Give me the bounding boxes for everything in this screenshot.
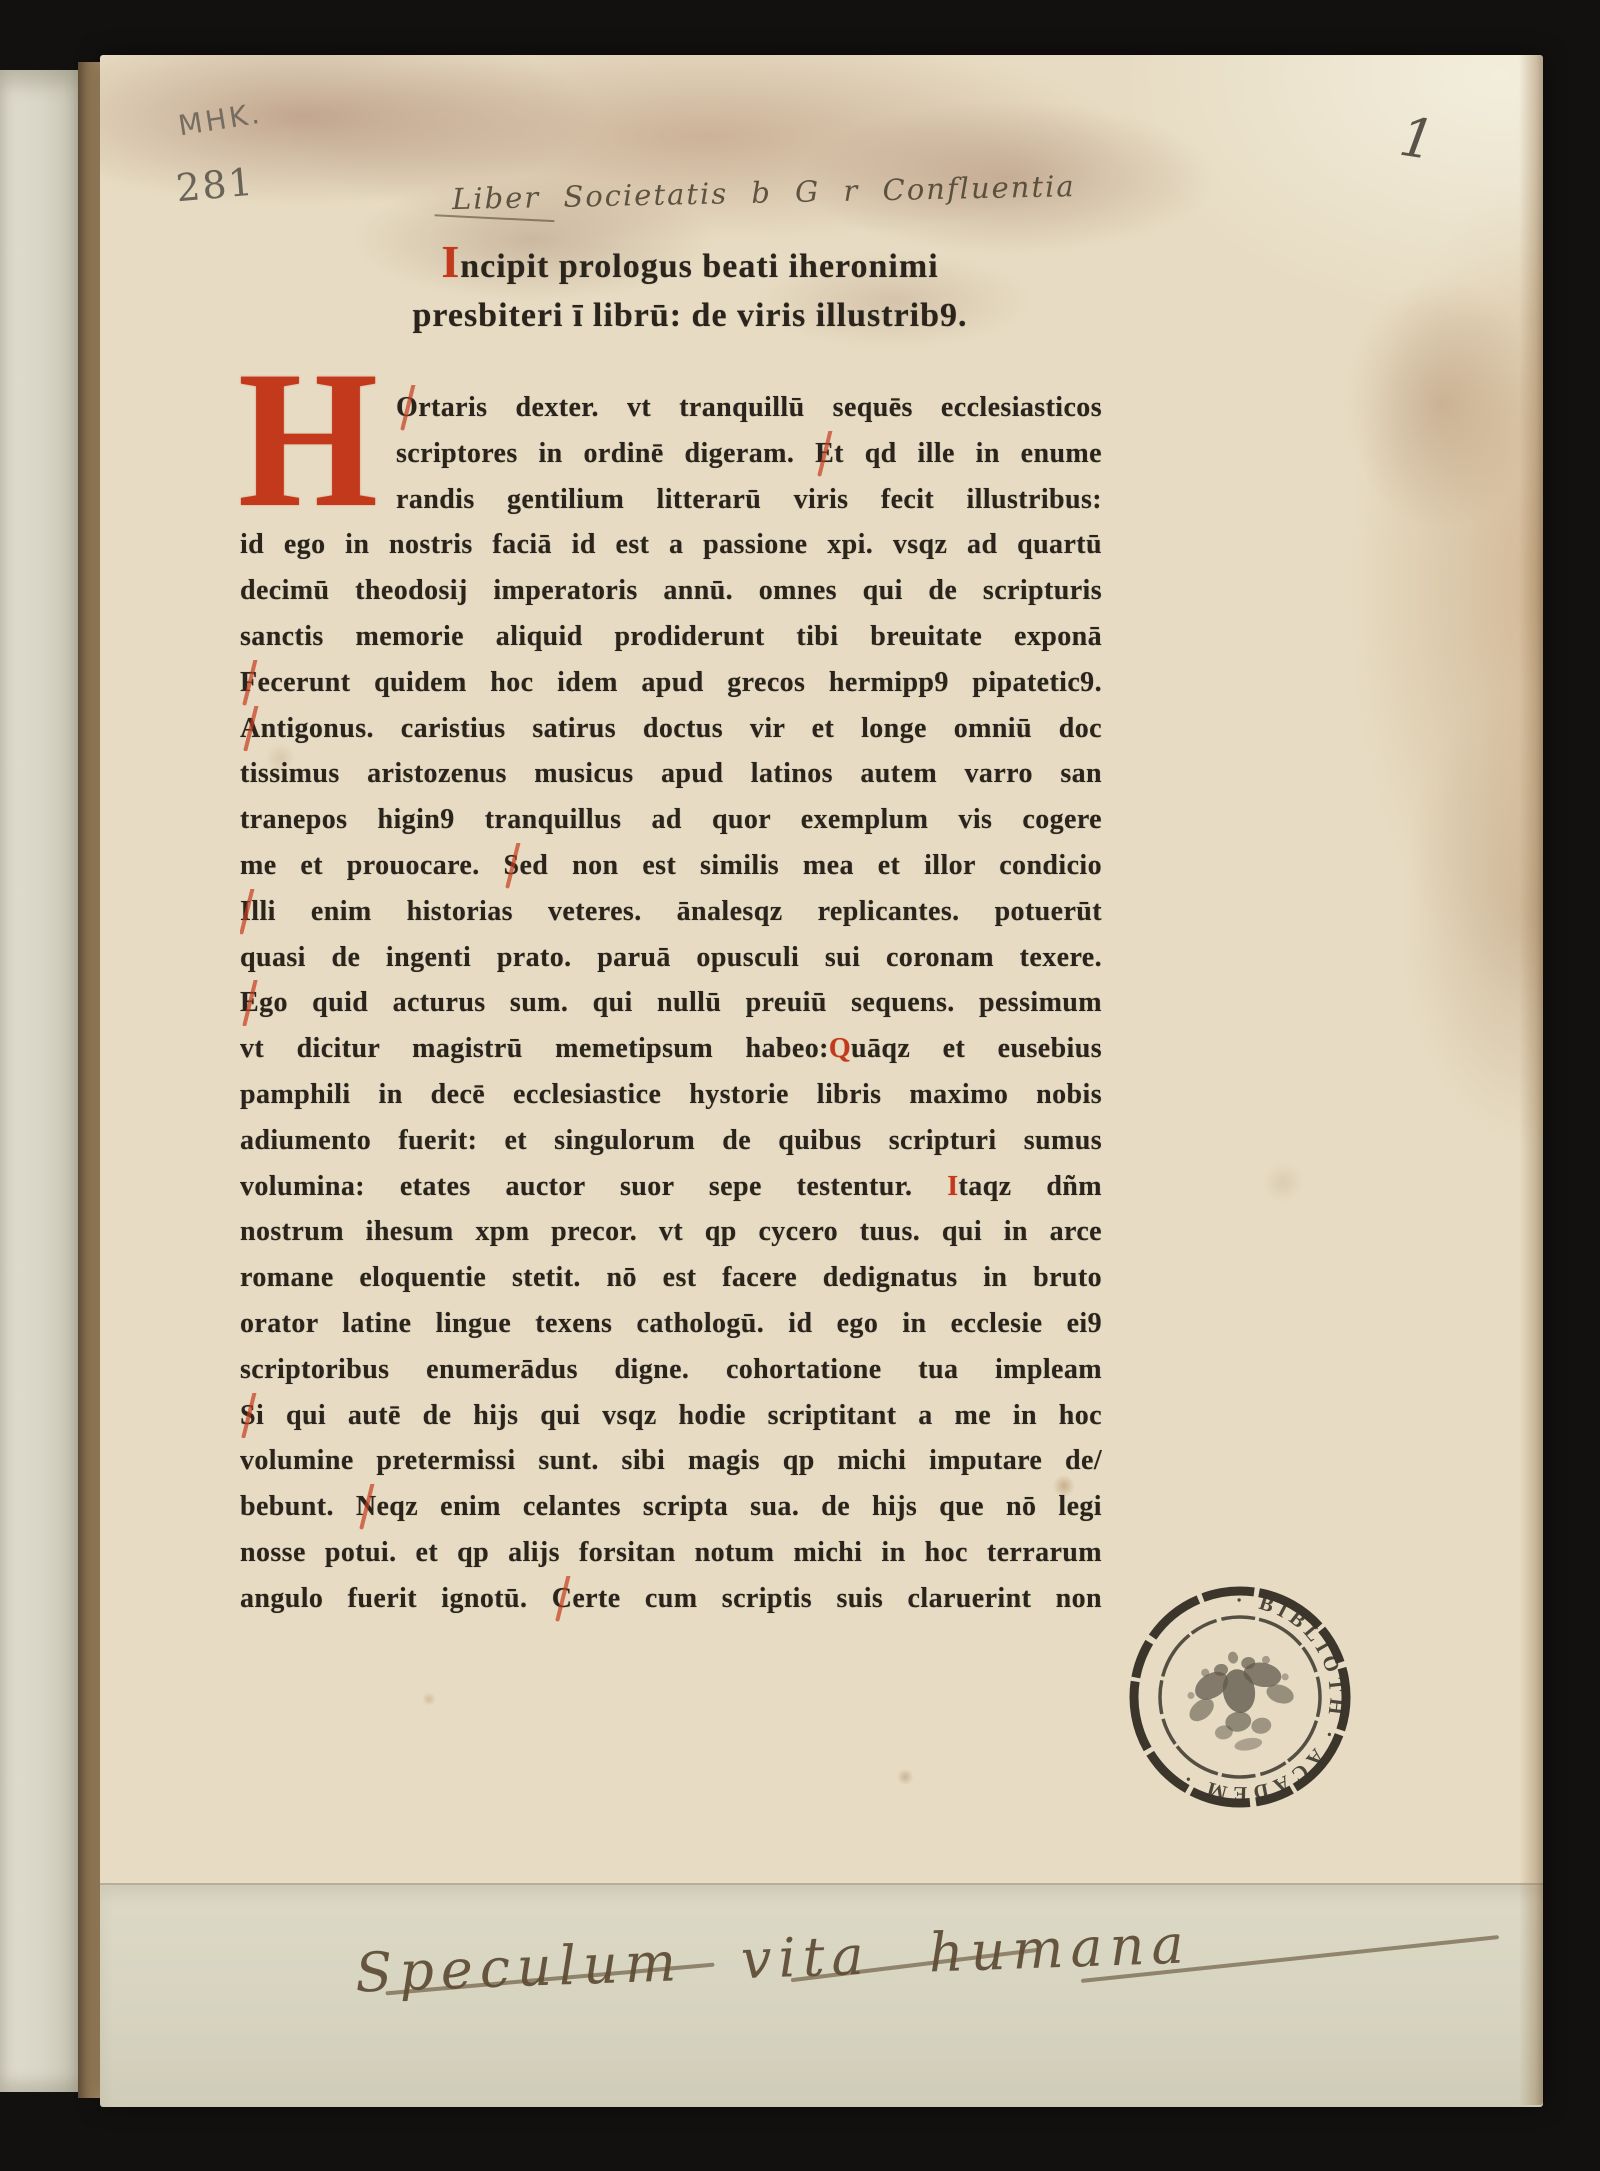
text-segment: rtaris dexter. vt tranquillū sequēs eccl… bbox=[418, 392, 1102, 423]
printed-heading: Incipit prologus beati iheronimi presbit… bbox=[290, 237, 1090, 340]
heading-line1-text: ncipit prologus beati iheronimi bbox=[460, 248, 938, 285]
rubricated-letter: I bbox=[947, 1171, 958, 1202]
heading-line1: Incipit prologus beati iheronimi bbox=[441, 248, 938, 285]
text-line: sanctis memorie aliquid prodiderunt tibi… bbox=[240, 614, 1102, 660]
folio-number: 1 bbox=[1395, 105, 1439, 173]
text-line: Ego quid acturus sum. qui nullū preuiū s… bbox=[240, 980, 1102, 1026]
text-line: tranepos higin9 tranquillus ad quor exem… bbox=[240, 797, 1102, 843]
text-line: scriptores in ordinē digeram. Et qd ille… bbox=[396, 431, 1102, 477]
text-line: Illi enim historias veteres. ānalesqz re… bbox=[240, 889, 1102, 935]
book-page: MHK. 281 Liber Societatis b G r Confluen… bbox=[100, 55, 1543, 2105]
text-segment: i qui autē de hijs qui vsqz hodie script… bbox=[256, 1400, 1102, 1431]
rubricated-letter: E bbox=[240, 980, 259, 1026]
text-line: scriptoribus enumerādus digne. cohortati… bbox=[240, 1347, 1102, 1393]
text-line: randis gentilium litterarū viris fecit i… bbox=[396, 477, 1102, 523]
text-segment: me et prouocare. bbox=[240, 850, 504, 881]
text-segment: randis gentilium litterarū viris fecit i… bbox=[396, 484, 1102, 515]
text-segment: ed non est similis mea et illor condicio bbox=[519, 850, 1102, 881]
text-line: Si qui autē de hijs qui vsqz hodie scrip… bbox=[240, 1393, 1102, 1439]
text-line: pamphili in decē ecclesiastice hystorie … bbox=[240, 1072, 1102, 1118]
rubricated-letter: O bbox=[396, 385, 418, 431]
text-line: angulo fuerit ignotū. Certe cum scriptis… bbox=[240, 1576, 1102, 1622]
handwritten-title-inscription: Speculum vita humana bbox=[354, 1912, 1191, 2004]
text-segment: t qd ille in enume bbox=[834, 438, 1102, 469]
text-line: nosse potui. et qp alijs forsitan notum … bbox=[240, 1530, 1102, 1576]
pencil-shelfmark: MHK. bbox=[176, 97, 265, 143]
text-segment: pamphili in decē ecclesiastice hystorie … bbox=[240, 1079, 1102, 1110]
text-line: me et prouocare. Sed non est similis mea… bbox=[240, 843, 1102, 889]
text-line: decimū theodosij imperatoris annū. omnes… bbox=[240, 568, 1102, 614]
text-segment: ecerunt quidem hoc idem apud grecos herm… bbox=[258, 667, 1102, 698]
binding-gutter-shadow bbox=[78, 62, 102, 2098]
text-segment: eqz enim celantes scripta sua. de hijs q… bbox=[376, 1491, 1102, 1522]
text-segment: orator latine lingue texens cathologū. i… bbox=[240, 1308, 1102, 1339]
text-line: adiumento fuerit: et singulorum de quibu… bbox=[240, 1118, 1102, 1164]
body-text-block: Ortaris dexter. vt tranquillū sequēs ecc… bbox=[240, 385, 1102, 1622]
text-line: Ortaris dexter. vt tranquillū sequēs ecc… bbox=[396, 385, 1102, 431]
rubricated-initial: I bbox=[441, 236, 460, 287]
text-segment: angulo fuerit ignotū. bbox=[240, 1583, 552, 1614]
text-segment: tranepos higin9 tranquillus ad quor exem… bbox=[240, 804, 1102, 835]
text-segment: volumine pretermissi sunt. sibi magis qp… bbox=[240, 1445, 1102, 1476]
text-segment: ntigonus. caristius satirus doctus vir e… bbox=[261, 713, 1102, 744]
heading-line2: presbiteri ī librū: de viris illustrib9. bbox=[412, 297, 967, 334]
text-line: orator latine lingue texens cathologū. i… bbox=[240, 1301, 1102, 1347]
text-segment: nostrum ihesum xpm precor. vt qp cycero … bbox=[240, 1216, 1102, 1247]
text-segment: scriptores in ordinē digeram. bbox=[396, 438, 815, 469]
text-segment: romane eloquentie stetit. nō est facere … bbox=[240, 1262, 1102, 1293]
library-stamp: · BIBLIOTH · ACADEM · bbox=[1103, 1560, 1376, 1833]
text-segment: nosse potui. et qp alijs forsitan notum … bbox=[240, 1537, 1102, 1568]
text-line: tissimus aristozenus musicus apud latino… bbox=[240, 751, 1102, 797]
text-segment: sanctis memorie aliquid prodiderunt tibi… bbox=[240, 621, 1102, 652]
text-segment: quasi de ingenti prato. paruā opusculi s… bbox=[240, 942, 1102, 973]
rubricated-letter: A bbox=[240, 706, 261, 752]
text-line: nostrum ihesum xpm precor. vt qp cycero … bbox=[240, 1209, 1102, 1255]
text-line: Fecerunt quidem hoc idem apud grecos her… bbox=[240, 660, 1102, 706]
text-line: Antigonus. caristius satirus doctus vir … bbox=[240, 706, 1102, 752]
rubricated-letter: E bbox=[815, 431, 834, 477]
pencil-number: 281 bbox=[174, 160, 256, 211]
text-line: vt dicitur magistrū memetipsum habeo:Quā… bbox=[240, 1026, 1102, 1072]
rubricated-letter: F bbox=[240, 660, 258, 706]
text-segment: go quid acturus sum. qui nullū preuiū se… bbox=[259, 987, 1102, 1018]
text-segment: scriptoribus enumerādus digne. cohortati… bbox=[240, 1354, 1102, 1385]
rubricated-letter: Q bbox=[829, 1033, 851, 1064]
text-segment: volumina: etates auctor suor sepe testen… bbox=[240, 1171, 947, 1202]
rubricated-letter: C bbox=[552, 1576, 573, 1622]
facing-leaf-edge bbox=[0, 70, 78, 2092]
ink-provenance-inscription: Liber Societatis b G r Confluentia bbox=[452, 168, 1133, 216]
text-line: romane eloquentie stetit. nō est facere … bbox=[240, 1255, 1102, 1301]
text-segment: vt dicitur magistrū memetipsum habeo: bbox=[240, 1033, 829, 1064]
rubricated-letter: I bbox=[240, 889, 251, 935]
text-segment: adiumento fuerit: et singulorum de quibu… bbox=[240, 1125, 1102, 1156]
text-segment: bebunt. bbox=[240, 1491, 356, 1522]
text-segment: id ego in nostris faciā id est a passion… bbox=[240, 529, 1102, 560]
scanned-book-photo: { "annotations": { "pencil_mark": "MHK."… bbox=[0, 0, 1600, 2171]
text-segment: tissimus aristozenus musicus apud latino… bbox=[240, 758, 1102, 789]
bottom-guard-strip: Speculum vita humana bbox=[100, 1883, 1543, 2107]
text-line: id ego in nostris faciā id est a passion… bbox=[240, 522, 1102, 568]
text-segment: erte cum scriptis suis claruerint non bbox=[572, 1583, 1102, 1614]
text-line: bebunt. Neqz enim celantes scripta sua. … bbox=[240, 1484, 1102, 1530]
text-segment: taqz dñm bbox=[959, 1171, 1102, 1202]
text-line: volumina: etates auctor suor sepe testen… bbox=[240, 1164, 1102, 1210]
text-segment: uāqz et eusebius bbox=[851, 1033, 1102, 1064]
stamp-eagle-emblem bbox=[1176, 1642, 1305, 1760]
text-line: quasi de ingenti prato. paruā opusculi s… bbox=[240, 935, 1102, 981]
text-segment: decimū theodosij imperatoris annū. omnes… bbox=[240, 575, 1102, 606]
page-edge-stack bbox=[1519, 55, 1543, 2105]
rubricated-letter: S bbox=[504, 843, 520, 889]
text-segment: lli enim historias veteres. ānalesqz rep… bbox=[251, 896, 1102, 927]
rubricated-letter: N bbox=[356, 1484, 377, 1530]
rubricated-letter: S bbox=[240, 1393, 256, 1439]
text-line: volumine pretermissi sunt. sibi magis qp… bbox=[240, 1438, 1102, 1484]
